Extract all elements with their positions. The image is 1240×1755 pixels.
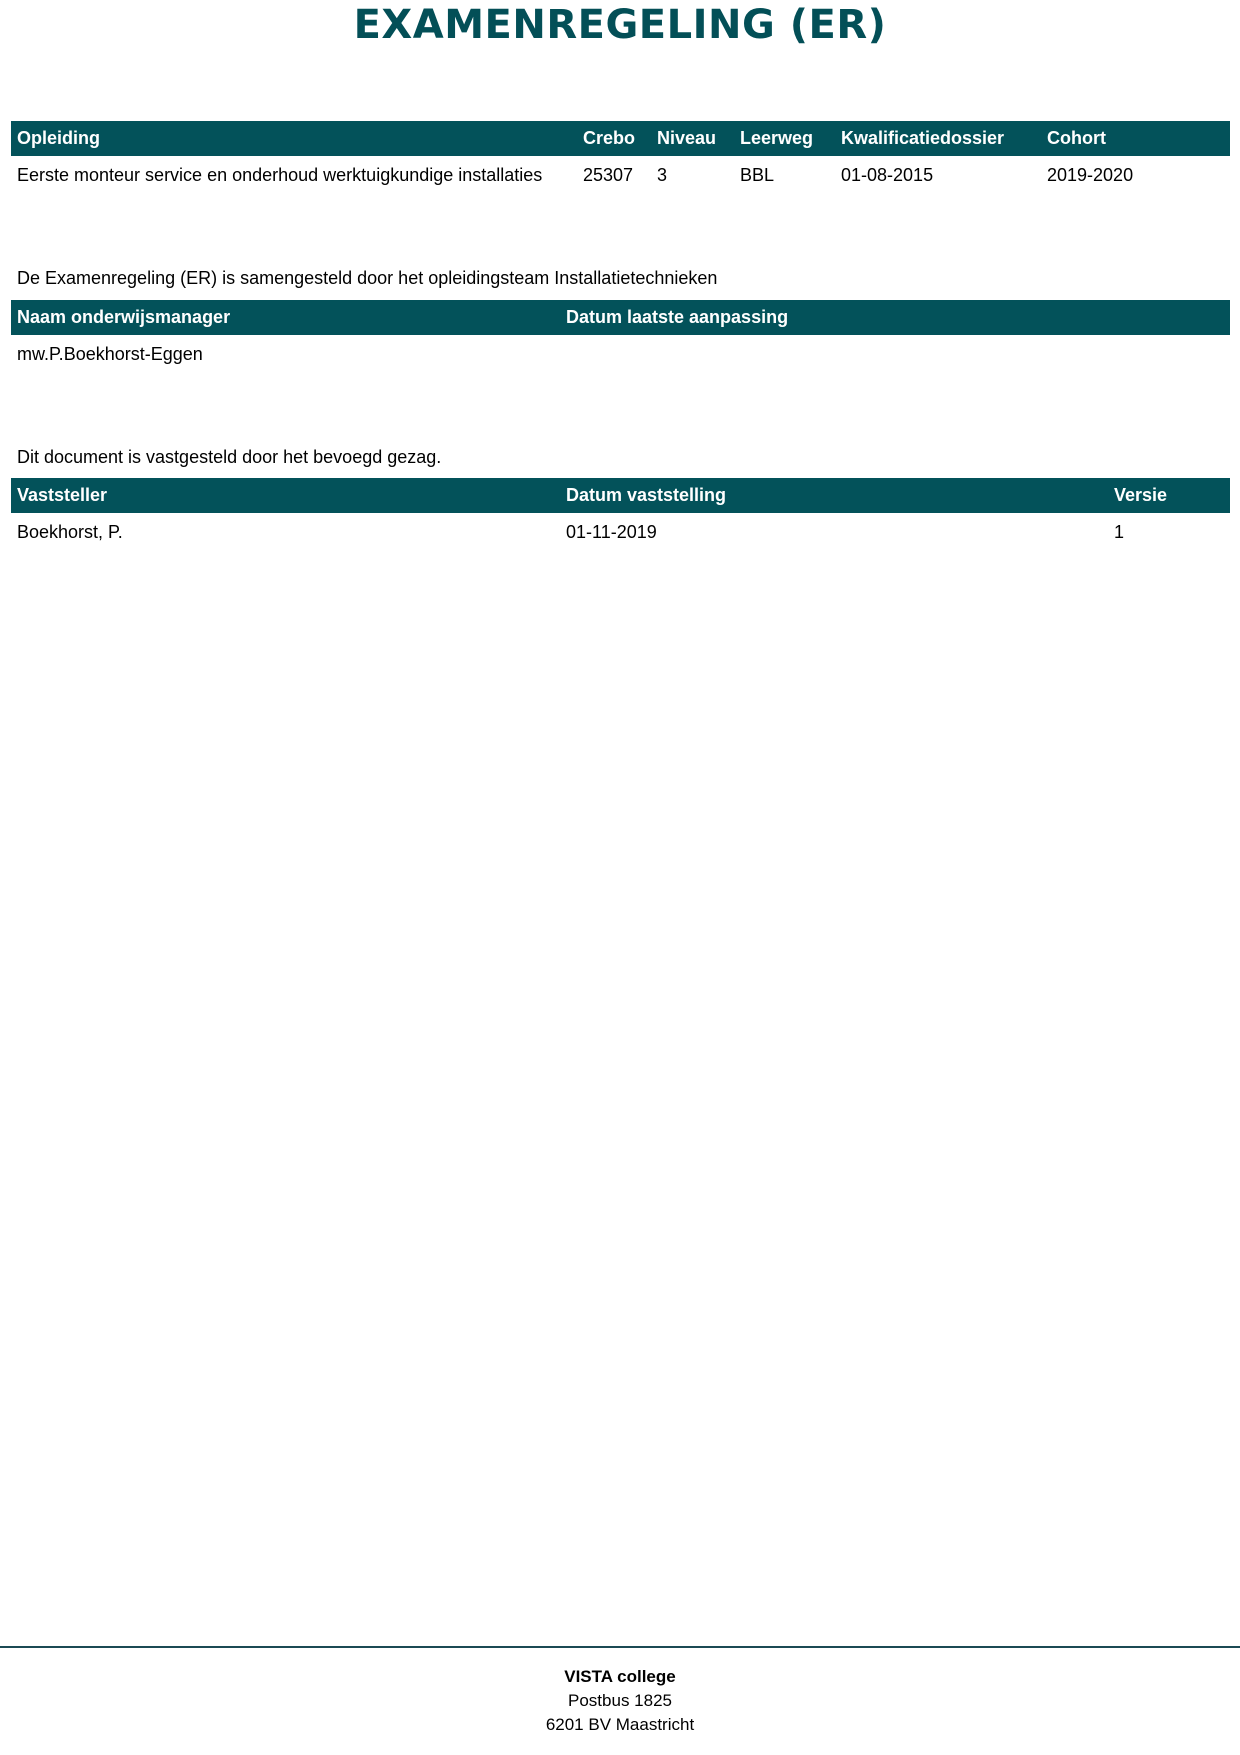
cell-cohort: 2019-2020 <box>1041 156 1230 194</box>
footer-divider <box>0 1646 1240 1648</box>
footer-organization: VISTA college <box>0 1665 1240 1689</box>
col-header-versie: Versie <box>1108 478 1230 513</box>
col-header-niveau: Niveau <box>651 121 734 156</box>
samenstelling-intro: De Examenregeling (ER) is samengesteld d… <box>17 268 717 289</box>
cell-niveau: 3 <box>651 156 734 194</box>
cell-vaststeller: Boekhorst, P. <box>11 513 560 551</box>
table-header-row: Vaststeller Datum vaststelling Versie <box>11 478 1230 513</box>
col-header-datum-laatste-aanpassing: Datum laatste aanpassing <box>560 300 1230 335</box>
table-row: Boekhorst, P. 01-11-2019 1 <box>11 513 1230 551</box>
cell-datum-vaststelling: 01-11-2019 <box>560 513 1108 551</box>
table-header-row: Opleiding Crebo Niveau Leerweg Kwalifica… <box>11 121 1230 156</box>
col-header-kwalificatiedossier: Kwalificatiedossier <box>835 121 1041 156</box>
cell-leerweg: BBL <box>734 156 835 194</box>
vaststelling-intro: Dit document is vastgesteld door het bev… <box>17 447 441 468</box>
cell-opleiding: Eerste monteur service en onderhoud werk… <box>11 156 577 194</box>
samenstelling-table: Naam onderwijsmanager Datum laatste aanp… <box>11 300 1230 373</box>
footer: VISTA college Postbus 1825 6201 BV Maast… <box>0 1665 1240 1737</box>
col-header-vaststeller: Vaststeller <box>11 478 560 513</box>
vaststelling-table: Vaststeller Datum vaststelling Versie Bo… <box>11 478 1230 551</box>
cell-kwalificatiedossier: 01-08-2015 <box>835 156 1041 194</box>
table-header-row: Naam onderwijsmanager Datum laatste aanp… <box>11 300 1230 335</box>
col-header-onderwijsmanager: Naam onderwijsmanager <box>11 300 560 335</box>
cell-onderwijsmanager: mw.P.Boekhorst-Eggen <box>11 335 560 373</box>
cell-datum-laatste-aanpassing <box>560 335 1230 373</box>
col-header-opleiding: Opleiding <box>11 121 577 156</box>
table-row: Eerste monteur service en onderhoud werk… <box>11 156 1230 194</box>
document-title: EXAMENREGELING (ER) <box>0 2 1240 48</box>
col-header-crebo: Crebo <box>577 121 651 156</box>
col-header-datum-vaststelling: Datum vaststelling <box>560 478 1108 513</box>
table-row: mw.P.Boekhorst-Eggen <box>11 335 1230 373</box>
footer-address-line1: Postbus 1825 <box>0 1689 1240 1713</box>
col-header-cohort: Cohort <box>1041 121 1230 156</box>
cell-versie: 1 <box>1108 513 1230 551</box>
col-header-leerweg: Leerweg <box>734 121 835 156</box>
cell-crebo: 25307 <box>577 156 651 194</box>
opleiding-table: Opleiding Crebo Niveau Leerweg Kwalifica… <box>11 121 1230 194</box>
footer-address-line2: 6201 BV Maastricht <box>0 1713 1240 1737</box>
